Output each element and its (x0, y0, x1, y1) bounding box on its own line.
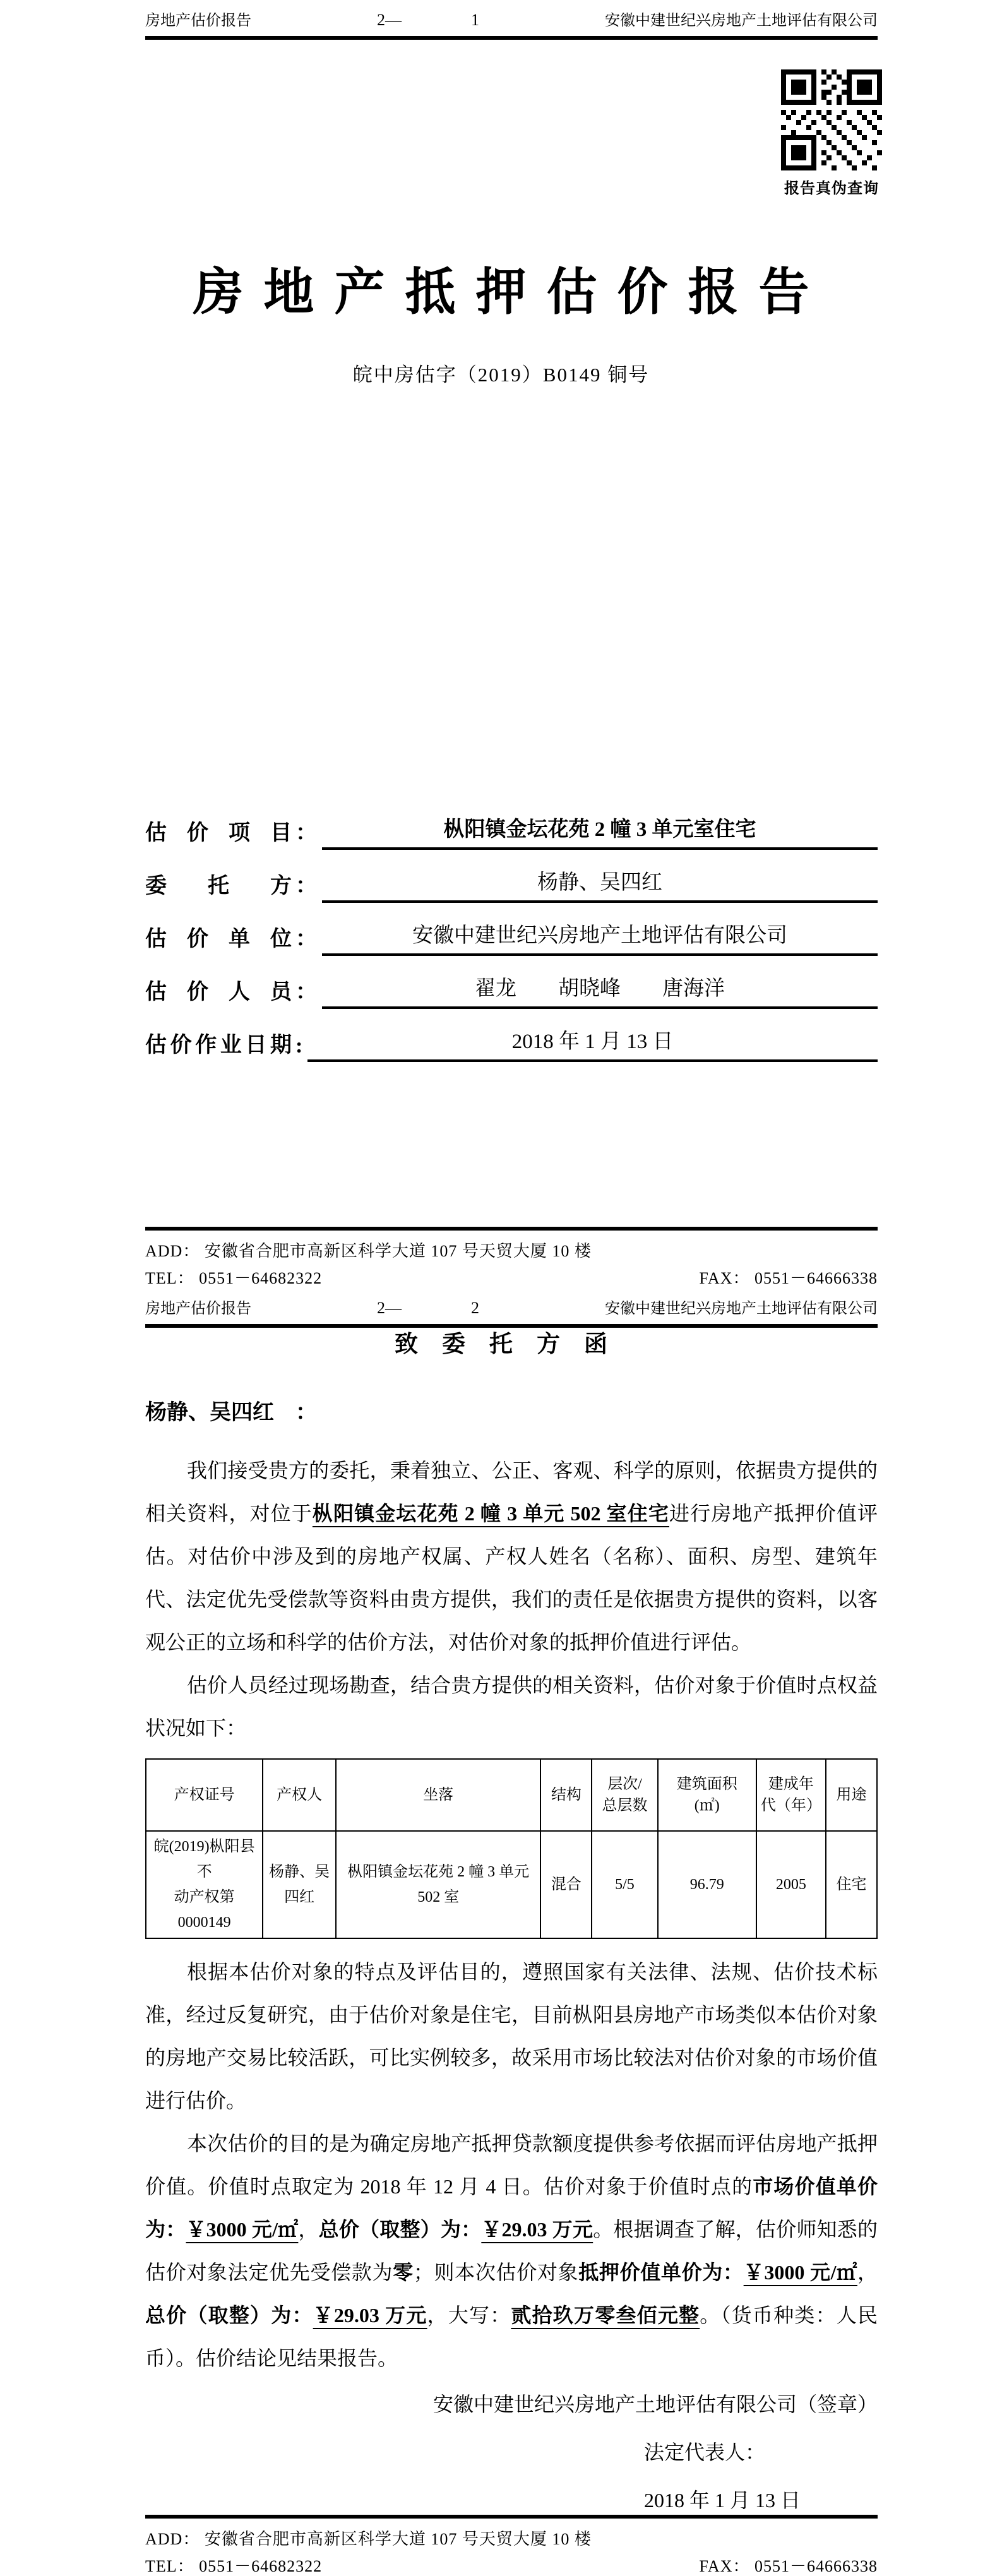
th-floor: 层次/ 总层数 (592, 1759, 657, 1831)
field-row-date: 估价作业日期 : 2018 年 1 月 13 日 (145, 1009, 878, 1062)
salutation: 杨静、吴四红 ： (145, 1395, 878, 1430)
appraisal-table: 产权证号 产权人 坐落 结构 层次/ 总层数 建筑面积 (㎡) 建成年 代（年）… (145, 1758, 878, 1939)
footer-tel: TEL： 0551－64682322 (145, 2553, 322, 2576)
footer-fax: FAX： 0551－64666338 (699, 1265, 878, 1288)
running-header: 房地产估价报告 2— 1 安徽中建世纪兴房地产土地评估有限公司 (145, 8, 878, 40)
signature-block: 安徽中建世纪兴房地产土地评估有限公司（签章） 法定代表人： 2018 年 1 月… (145, 2388, 878, 2516)
qr-block: 报告真伪查询 (778, 69, 885, 198)
paragraph-survey: 估价人员经过现场勘查，结合贵方提供的相关资料，估价对象于价值时点权益状况如下： (145, 1664, 878, 1750)
header-page-number: 2— 2 (251, 1299, 605, 1318)
th-year-built: 建成年 代（年） (756, 1759, 826, 1831)
field-colon: : (292, 1034, 307, 1062)
field-row-agency: 估价单位 ： 安徽中建世纪兴房地产土地评估有限公司 (145, 903, 878, 956)
running-footer: ADD： 安徽省合肥市高新区科学大道 107 号天贸大厦 10 楼 TEL： 0… (145, 2515, 878, 2576)
paragraph-method: 根据本估价对象的特点及评估目的，遵照国家有关法律、法规、估价技术标准，经过反复研… (145, 1950, 878, 2122)
th-owner: 产权人 (263, 1759, 336, 1831)
field-colon: ： (292, 921, 322, 956)
th-use: 用途 (826, 1759, 877, 1831)
signature-company: 安徽中建世纪兴房地产土地评估有限公司（签章） (145, 2388, 878, 2420)
td-area: 96.79 (658, 1831, 756, 1938)
td-use: 住宅 (826, 1831, 877, 1938)
running-header: 房地产估价报告 2— 2 安徽中建世纪兴房地产土地评估有限公司 (145, 1296, 878, 1328)
qr-code-icon (781, 69, 882, 170)
signature-legal-rep: 法定代表人： (644, 2436, 878, 2468)
td-owner: 杨静、吴 四红 (263, 1831, 336, 1938)
footer-address: ADD： 安徽省合肥市高新区科学大道 107 号天贸大厦 10 楼 (145, 2526, 878, 2549)
qr-caption: 报告真伪查询 (778, 176, 885, 198)
paragraph-valuation-result: 本次估价的目的是为确定房地产抵押贷款额度提供参考依据而评估房地产抵押价值。价值时… (145, 2122, 878, 2380)
header-page-prefix: 2— (377, 11, 402, 30)
header-doc-type: 房地产估价报告 (145, 1296, 251, 1318)
report-title: 房地产抵押估价报告 (0, 251, 1002, 324)
td-structure: 混合 (540, 1831, 592, 1938)
header-doc-type: 房地产估价报告 (145, 8, 251, 30)
field-colon: ： (292, 868, 322, 903)
field-value-agency: 安徽中建世纪兴房地产土地评估有限公司 (322, 919, 878, 956)
footer-address: ADD： 安徽省合肥市高新区科学大道 107 号天贸大厦 10 楼 (145, 1238, 878, 1261)
running-footer: ADD： 安徽省合肥市高新区科学大道 107 号天贸大厦 10 楼 TEL： 0… (145, 1227, 878, 1288)
cover-fields: 估价项目 ： 枞阳镇金坛花苑 2 幢 3 单元室住宅 委托方 ： 杨静、吴四红 … (145, 797, 878, 1062)
td-floor: 5/5 (592, 1831, 657, 1938)
td-year-built: 2005 (756, 1831, 826, 1938)
field-row-client: 委托方 ： 杨静、吴四红 (145, 850, 878, 903)
table-header-row: 产权证号 产权人 坐落 结构 层次/ 总层数 建筑面积 (㎡) 建成年 代（年）… (146, 1759, 877, 1831)
letter-body: 杨静、吴四红 ： 我们接受贵方的委托，秉着独立、公正、客观、科学的原则，依据贵方… (145, 1395, 878, 2516)
footer-tel: TEL： 0551－64682322 (145, 1265, 322, 1288)
td-location: 枞阳镇金坛花苑 2 幢 3 单元 502 室 (336, 1831, 540, 1938)
letter-page: 房地产估价报告 2— 2 安徽中建世纪兴房地产土地评估有限公司 致委托方函 杨静… (0, 1288, 1002, 2576)
paragraph-engagement: 我们接受贵方的委托，秉着独立、公正、客观、科学的原则，依据贵方提供的相关资料，对… (145, 1449, 878, 1664)
header-page-no: 1 (471, 11, 479, 30)
field-value-date: 2018 年 1 月 13 日 (307, 1025, 878, 1062)
field-label: 估价项目 (145, 815, 292, 850)
field-value-client: 杨静、吴四红 (322, 866, 878, 903)
field-label: 估价作业日期 (145, 1027, 292, 1062)
field-label: 估价单位 (145, 921, 292, 956)
header-page-no: 2 (471, 1299, 479, 1318)
field-colon: ： (292, 815, 322, 850)
field-label: 估价人员 (145, 974, 292, 1009)
th-location: 坐落 (336, 1759, 540, 1831)
footer-fax: FAX： 0551－64666338 (699, 2553, 878, 2576)
field-colon: ： (292, 974, 322, 1009)
th-area: 建筑面积 (㎡) (658, 1759, 756, 1831)
th-certificate-no: 产权证号 (146, 1759, 263, 1831)
table-data-row: 皖(2019)枞阳县不 动产权第 0000149 杨静、吴 四红 枞阳镇金坛花苑… (146, 1831, 877, 1938)
field-value-appraisers: 翟龙 胡晓峰 唐海洋 (322, 972, 878, 1009)
th-structure: 结构 (540, 1759, 592, 1831)
field-value-project: 枞阳镇金坛花苑 2 幢 3 单元室住宅 (322, 813, 878, 850)
field-row-appraisers: 估价人员 ： 翟龙 胡晓峰 唐海洋 (145, 956, 878, 1009)
cover-page: 房地产估价报告 2— 1 安徽中建世纪兴房地产土地评估有限公司 报告真伪查询 房… (0, 0, 1002, 1288)
field-label: 委托方 (145, 868, 292, 903)
report-number: 皖中房估字（2019）B0149 铜号 (0, 359, 1002, 387)
field-row-project: 估价项目 ： 枞阳镇金坛花苑 2 幢 3 单元室住宅 (145, 797, 878, 850)
header-page-prefix: 2— (377, 1299, 402, 1318)
signature-date: 2018 年 1 月 13 日 (644, 2484, 878, 2516)
header-company: 安徽中建世纪兴房地产土地评估有限公司 (605, 8, 878, 30)
letter-title: 致委托方函 (0, 1325, 1002, 1359)
td-certificate-no: 皖(2019)枞阳县不 动产权第 0000149 (146, 1831, 263, 1938)
header-page-number: 2— 1 (251, 11, 605, 30)
header-company: 安徽中建世纪兴房地产土地评估有限公司 (605, 1296, 878, 1318)
